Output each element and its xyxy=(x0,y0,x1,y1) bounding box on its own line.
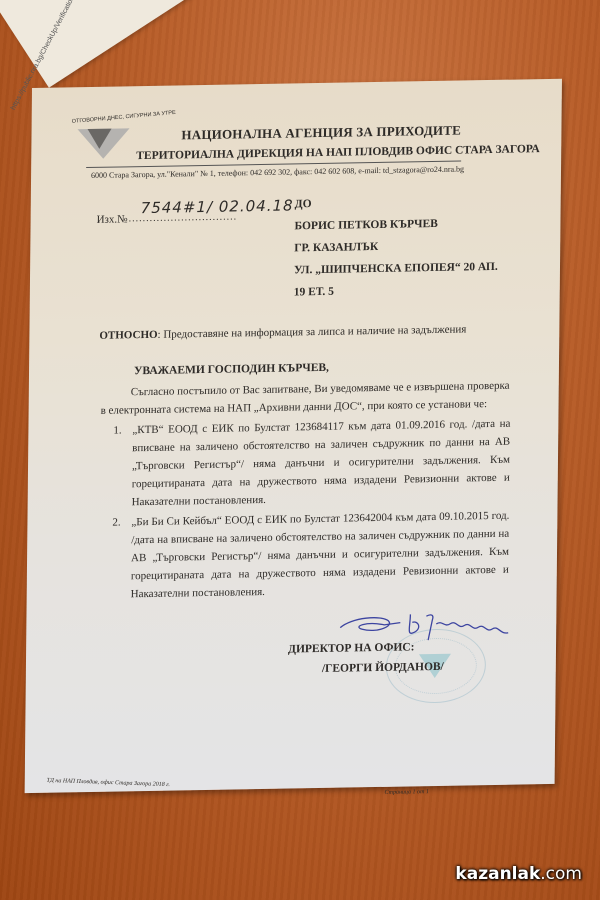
intro-line-2: в електронната система на НАП „Архивни д… xyxy=(101,398,488,417)
official-letter: ОТГОВОРНИ ДНЕС, СИГУРНИ ЗА УТРЕ НАЦИОНАЛ… xyxy=(25,79,562,793)
list-item-line: горецитираната дата на дружеството няма … xyxy=(131,564,509,583)
list-item-line: /дата на вписване на заличено обстоятелс… xyxy=(131,528,509,547)
list-item-line: „КТВ“ ЕООД с ЕИК по Булстат 123684117 къ… xyxy=(132,418,510,437)
signatory-name: /ГЕОРГИ ЙОРДАНОВ/ xyxy=(322,661,444,675)
list-item-line: горецитираната дата на дружеството няма … xyxy=(132,472,510,491)
recipient-city: ГР. КАЗАНЛЪК xyxy=(294,241,378,254)
subject-line: ОТНОСНО: Предоставяне на информация за л… xyxy=(99,323,466,341)
footer-office: ТД на НАП Пловдив, офис Стара Загора 201… xyxy=(46,778,170,788)
logo-tagline: ОТГОВОРНИ ДНЕС, СИГУРНИ ЗА УТРЕ xyxy=(72,110,176,125)
list-item-line: „Търговски Регистър“/ няма данъчни и оси… xyxy=(132,454,510,473)
footer-page-number: Страница 1 от 1 xyxy=(385,789,429,796)
list-item-line: вписване на заличено обстоятелство на за… xyxy=(132,436,510,455)
handwritten-reference-number: 7544#1/ 02.04.18 xyxy=(141,196,294,217)
directorate-name: ТЕРИТОРИАЛНА ДИРЕКЦИЯ НА НАП ПЛОВДИВ ОФИ… xyxy=(136,143,540,162)
reference-label: Изх.№ xyxy=(97,213,128,226)
salutation: УВАЖАЕМИ ГОСПОДИН КЪРЧЕВ, xyxy=(134,362,329,377)
list-item-line: Наказателни постановления. xyxy=(132,494,266,508)
list-item-line: Наказателни постановления. xyxy=(131,586,265,600)
subject-text: : Предоставяне на информация за липса и … xyxy=(158,323,467,340)
recipient-name: БОРИС ПЕТКОВ КЪРЧЕВ xyxy=(294,218,438,233)
item-number: 2. xyxy=(112,516,120,528)
intro-line-1: Съгласно постъпило от Вас запитване, Ви … xyxy=(131,380,510,399)
recipient-apartment: 19 ЕТ. 5 xyxy=(294,286,334,299)
list-item-line: „Би Би Си Кейбъл“ ЕООД с ЕИК по Булстат … xyxy=(131,510,509,529)
signatory-title: ДИРЕКТОР НА ОФИС: xyxy=(288,641,415,655)
recipient-line: ДО xyxy=(295,198,312,210)
agency-name: НАЦИОНАЛНА АГЕНЦИЯ ЗА ПРИХОДИТЕ xyxy=(181,123,461,144)
nap-triangle-logo-icon xyxy=(77,124,129,159)
list-item-line: АВ „Търговски Регистър“/ няма данъчни и … xyxy=(131,546,509,565)
item-number: 1. xyxy=(113,424,121,436)
watermark-domain: .com xyxy=(540,864,582,884)
site-watermark: kazanlak.com xyxy=(455,864,582,884)
subject-label: ОТНОСНО xyxy=(99,329,157,342)
watermark-brand: kazanlak xyxy=(455,864,540,884)
recipient-street: УЛ. „ШИПЧЕНСКА ЕПОПЕЯ“ 20 АП. xyxy=(294,261,498,277)
